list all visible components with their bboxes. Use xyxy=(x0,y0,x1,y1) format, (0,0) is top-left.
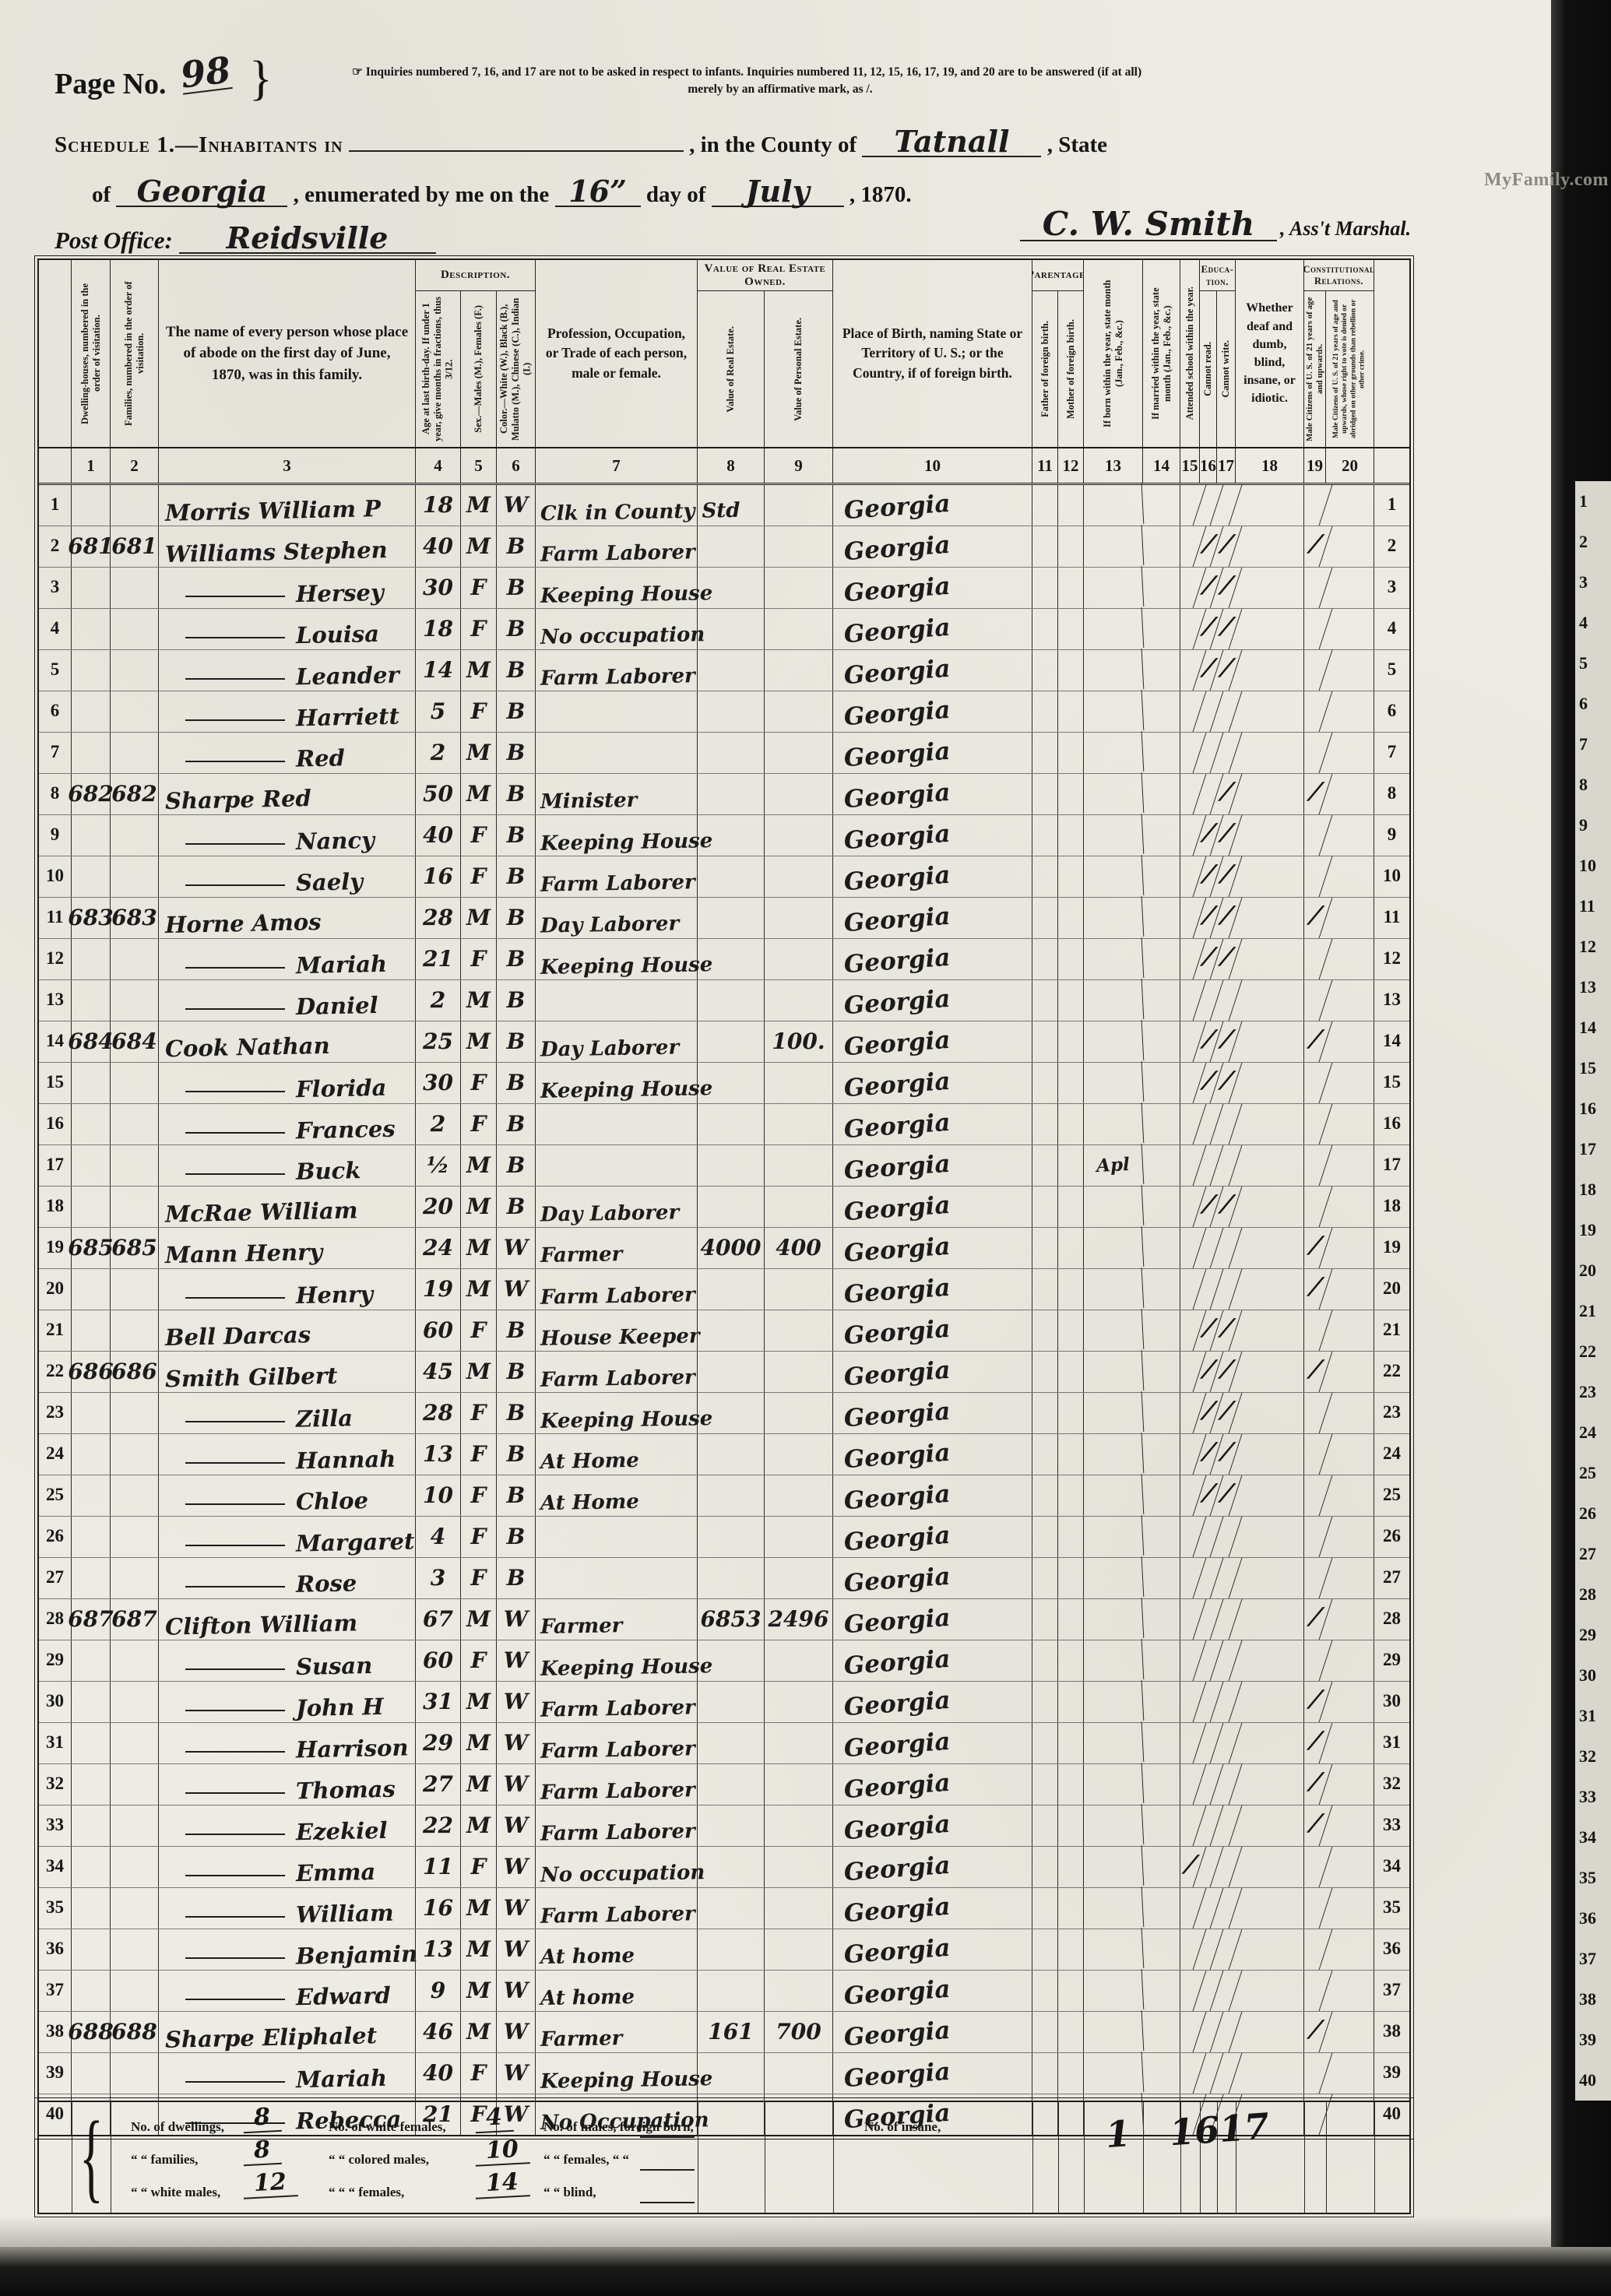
table-row: 15 Florida 30 F B Keeping House Georgia … xyxy=(39,1063,1409,1104)
line-number-left: 6 xyxy=(39,691,72,732)
cell-age: 11 xyxy=(416,1847,461,1887)
line-number-left: 20 xyxy=(39,1269,72,1310)
cell-name: William xyxy=(159,1888,416,1929)
col16-header: Cannot read. xyxy=(1202,342,1214,396)
table-row: 19 685 685 Mann Henry 24 M W Farmer 4000… xyxy=(39,1228,1409,1269)
females-foreign-label: “ “ females, “ “ xyxy=(543,2152,629,2168)
cell-deaf-dumb xyxy=(1236,609,1304,649)
cell-occupation: Keeping House xyxy=(536,1063,698,1103)
line-number-right: 4 xyxy=(1374,609,1409,649)
line-number-right: 8 xyxy=(1374,774,1409,814)
cell-name: Hersey xyxy=(159,568,416,608)
adjacent-page-line-number: 8 xyxy=(1575,765,1611,805)
cell-occupation: No occupation xyxy=(536,1847,698,1887)
line-number-right: 16 xyxy=(1374,1104,1409,1144)
cell-birthplace: Georgia xyxy=(833,1063,1032,1103)
cell-occupation: Clk in County Std xyxy=(536,485,698,526)
cell-occupation: Keeping House xyxy=(536,815,698,856)
cell-birthplace: Georgia xyxy=(833,1021,1032,1062)
cell-real-estate-value xyxy=(698,2053,765,2094)
cell-birthplace: Georgia xyxy=(833,1104,1032,1144)
cell-vote-denied xyxy=(1326,1063,1374,1103)
cell-color: W xyxy=(497,1847,536,1887)
cell-father-foreign xyxy=(1032,485,1058,526)
cell-vote-denied xyxy=(1326,1187,1374,1227)
cell-birthplace: Georgia xyxy=(833,1971,1032,2011)
cell-real-estate-value xyxy=(698,1847,765,1887)
cell-month-born xyxy=(1083,814,1145,857)
cell-dwelling-number: 688 xyxy=(72,2012,111,2052)
cell-mother-foreign xyxy=(1058,650,1084,691)
cell-father-foreign xyxy=(1032,733,1058,773)
cell-personal-estate-value xyxy=(765,1929,833,1970)
line-number-left: 21 xyxy=(39,1310,72,1351)
cell-age: 18 xyxy=(416,485,461,526)
cell-name: Susan xyxy=(159,1640,416,1681)
cell-color: B xyxy=(497,1352,536,1392)
cell-occupation: Farmer xyxy=(536,1228,698,1268)
cell-occupation xyxy=(536,691,698,732)
adjacent-page-line-number: 16 xyxy=(1575,1088,1611,1129)
cell-name: Rose xyxy=(159,1558,416,1598)
table-row: 23 Zilla 28 F B Keeping House Georgia / … xyxy=(39,1393,1409,1434)
cell-name: Emma xyxy=(159,1847,416,1887)
cell-mother-foreign xyxy=(1058,1517,1084,1557)
cell-dwelling-number xyxy=(72,568,111,608)
col11-header: Father of foreign birth. xyxy=(1039,321,1051,417)
cell-sex: F xyxy=(461,939,497,979)
col19-header: Male Citizens of U. S. of 21 years of ag… xyxy=(1305,293,1325,445)
cell-family-number xyxy=(111,1723,159,1763)
cell-occupation: Farm Laborer xyxy=(536,526,698,567)
cell-father-foreign xyxy=(1032,774,1058,814)
cell-real-estate-value xyxy=(698,691,765,732)
ditto-dash xyxy=(185,967,285,969)
cell-age: 28 xyxy=(416,1393,461,1433)
cell-age: 30 xyxy=(416,1063,461,1103)
line-number-right: 38 xyxy=(1374,2012,1409,2052)
cell-occupation: Farm Laborer xyxy=(536,1723,698,1763)
adjacent-page-line-number: 5 xyxy=(1575,643,1611,684)
cell-age: 2 xyxy=(416,980,461,1021)
table-row: 25 Chloe 10 F B At Home Georgia / / 25 xyxy=(39,1475,1409,1517)
line-number-right: 24 xyxy=(1374,1434,1409,1475)
cell-vote-denied xyxy=(1326,774,1374,814)
cell-birthplace: Georgia xyxy=(833,2053,1032,2094)
table-row: 8 682 682 Sharpe Red 50 M B Minister Geo… xyxy=(39,774,1409,815)
cell-sex: F xyxy=(461,856,497,897)
cell-personal-estate-value xyxy=(765,1310,833,1351)
adjacent-page-line-number: 10 xyxy=(1575,846,1611,886)
cell-age: 13 xyxy=(416,1929,461,1970)
cell-age: 24 xyxy=(416,1228,461,1268)
cell-family-number xyxy=(111,1558,159,1598)
cell-age: 5 xyxy=(416,691,461,732)
cell-vote-denied xyxy=(1326,1310,1374,1351)
cell-deaf-dumb xyxy=(1236,1021,1304,1062)
line-number-right: 6 xyxy=(1374,691,1409,732)
cell-name: Horne Amos xyxy=(159,898,416,938)
cell-dwelling-number xyxy=(72,1145,111,1186)
cell-color: B xyxy=(497,1021,536,1062)
cell-vote-denied xyxy=(1326,1888,1374,1929)
cell-father-foreign xyxy=(1032,1888,1058,1929)
cell-occupation: At home xyxy=(536,1929,698,1970)
cell-month-born xyxy=(1083,2010,1145,2054)
cell-mother-foreign xyxy=(1058,485,1084,526)
cell-deaf-dumb xyxy=(1236,1393,1304,1433)
cell-family-number xyxy=(111,1393,159,1433)
cell-personal-estate-value xyxy=(765,1558,833,1598)
myfamily-watermark: MyFamily.com xyxy=(1484,170,1609,191)
cell-month-born xyxy=(1083,690,1145,733)
cell-father-foreign xyxy=(1032,1682,1058,1722)
cell-mother-foreign xyxy=(1058,609,1084,649)
cell-color: B xyxy=(497,568,536,608)
ditto-dash xyxy=(185,1668,285,1670)
cell-personal-estate-value: 2496 xyxy=(765,1599,833,1640)
cell-occupation: Farm Laborer xyxy=(536,1682,698,1722)
cell-occupation xyxy=(536,1558,698,1598)
cell-deaf-dumb xyxy=(1236,1228,1304,1268)
cell-birthplace: Georgia xyxy=(833,1806,1032,1846)
cell-color: B xyxy=(497,774,536,814)
cell-sex: F xyxy=(461,2053,497,2094)
cell-family-number xyxy=(111,1063,159,1103)
line-number-left: 24 xyxy=(39,1434,72,1475)
cell-sex: F xyxy=(461,691,497,732)
cell-father-foreign xyxy=(1032,1393,1058,1433)
cell-month-born xyxy=(1083,525,1145,568)
cell-birthplace: Georgia xyxy=(833,980,1032,1021)
cell-age: 2 xyxy=(416,733,461,773)
col12-header: Mother of foreign birth. xyxy=(1065,319,1077,419)
cell-age: 25 xyxy=(416,1021,461,1062)
cell-deaf-dumb xyxy=(1236,691,1304,732)
cell-age: 10 xyxy=(416,1475,461,1516)
cell-age: 60 xyxy=(416,1640,461,1681)
cell-mother-foreign xyxy=(1058,2053,1084,2094)
cell-vote-denied xyxy=(1326,2053,1374,2094)
cell-personal-estate-value xyxy=(765,1764,833,1805)
adjacent-page-line-number: 32 xyxy=(1575,1736,1611,1777)
line-number-left: 9 xyxy=(39,815,72,856)
cell-birthplace: Georgia xyxy=(833,1723,1032,1763)
ditto-dash xyxy=(185,1957,285,1959)
cell-month-born xyxy=(1083,731,1145,775)
cell-father-foreign xyxy=(1032,1434,1058,1475)
cell-color: B xyxy=(497,1434,536,1475)
cell-name: Mariah xyxy=(159,939,416,979)
col4-header: Age at last birth-day. If under 1 year, … xyxy=(420,293,455,445)
adjacent-page-line-number: 21 xyxy=(1575,1291,1611,1331)
cell-family-number xyxy=(111,609,159,649)
cell-color: B xyxy=(497,691,536,732)
cell-color: B xyxy=(497,1393,536,1433)
cell-real-estate-value xyxy=(698,1888,765,1929)
cell-vote-denied xyxy=(1326,1764,1374,1805)
cell-dwelling-number xyxy=(72,1971,111,2011)
adjacent-page-line-number: 9 xyxy=(1575,805,1611,846)
cell-name: Margaret xyxy=(159,1517,416,1557)
colored-females-value: 14 xyxy=(474,2168,530,2199)
cell-real-estate-value xyxy=(698,1640,765,1681)
cell-age: 2 xyxy=(416,1104,461,1144)
cell-age: 16 xyxy=(416,1888,461,1929)
cell-father-foreign xyxy=(1032,1063,1058,1103)
line-number-left: 30 xyxy=(39,1682,72,1722)
table-row: 24 Hannah 13 F B At Home Georgia / / 24 xyxy=(39,1434,1409,1475)
cell-deaf-dumb xyxy=(1236,650,1304,691)
adjacent-page-line-number: 20 xyxy=(1575,1250,1611,1291)
cell-deaf-dumb xyxy=(1236,1888,1304,1929)
cell-month-born xyxy=(1083,1350,1145,1394)
ditto-dash xyxy=(185,1751,285,1753)
adjacent-page-line-number: 31 xyxy=(1575,1696,1611,1736)
cell-sex: M xyxy=(461,1145,497,1186)
cell-sex: F xyxy=(461,815,497,856)
adjacent-page-line-number: 37 xyxy=(1575,1939,1611,1979)
cell-family-number xyxy=(111,1310,159,1351)
cell-month-born xyxy=(1083,937,1145,981)
col-line-left-header xyxy=(39,260,72,447)
cell-father-foreign xyxy=(1032,650,1058,691)
cell-father-foreign xyxy=(1032,1269,1058,1310)
ditto-dash xyxy=(185,1875,285,1876)
col18-header: Whether deaf and dumb, blind, insane, or… xyxy=(1236,296,1303,410)
line-number-right: 23 xyxy=(1374,1393,1409,1433)
adjacent-page-line-number: 30 xyxy=(1575,1655,1611,1696)
table-row: 37 Edward 9 M W At home Georgia 37 xyxy=(39,1971,1409,2012)
cell-month-born xyxy=(1083,1763,1145,1806)
cell-deaf-dumb xyxy=(1236,1682,1304,1722)
table-row: 14 684 684 Cook Nathan 25 M B Day Labore… xyxy=(39,1021,1409,1063)
cell-family-number: 681 xyxy=(111,526,159,567)
line-number-right: 37 xyxy=(1374,1971,1409,2011)
cell-personal-estate-value xyxy=(765,691,833,732)
adjacent-page-line-number: 3 xyxy=(1575,562,1611,603)
cell-real-estate-value xyxy=(698,1764,765,1805)
cell-month-born xyxy=(1083,1680,1145,1724)
cell-occupation: Minister xyxy=(536,774,698,814)
cell-dwelling-number xyxy=(72,1764,111,1805)
cell-birthplace: Georgia xyxy=(833,1187,1032,1227)
cell-family-number xyxy=(111,1682,159,1722)
cell-real-estate-value xyxy=(698,1145,765,1186)
cell-deaf-dumb xyxy=(1236,1517,1304,1557)
cell-sex: M xyxy=(461,1682,497,1722)
line-number-right: 12 xyxy=(1374,939,1409,979)
cell-month-born: Apl xyxy=(1083,1144,1145,1187)
blind-label: “ “ blind, xyxy=(543,2185,596,2200)
line-number-right: 20 xyxy=(1374,1269,1409,1310)
census-rows: 1 Morris William P 18 M W Clk in County … xyxy=(39,485,1409,2135)
cell-personal-estate-value xyxy=(765,1269,833,1310)
line-number-left: 19 xyxy=(39,1228,72,1268)
ditto-dash xyxy=(185,1545,285,1546)
line-number-right: 36 xyxy=(1374,1929,1409,1970)
cell-sex: F xyxy=(461,1558,497,1598)
cell-dwelling-number xyxy=(72,1104,111,1144)
colnum-10: 10 xyxy=(833,448,1032,483)
ditto-dash xyxy=(185,678,285,680)
cell-real-estate-value xyxy=(698,815,765,856)
cell-age: 40 xyxy=(416,2053,461,2094)
table-row: 39 Mariah 40 F W Keeping House Georgia 3… xyxy=(39,2053,1409,2094)
cell-family-number xyxy=(111,1847,159,1887)
cell-mother-foreign xyxy=(1058,1599,1084,1640)
cell-dwelling-number xyxy=(72,1063,111,1103)
cell-dwelling-number: 682 xyxy=(72,774,111,814)
cell-real-estate-value xyxy=(698,1806,765,1846)
cell-birthplace: Georgia xyxy=(833,609,1032,649)
cell-birthplace: Georgia xyxy=(833,1228,1032,1268)
table-row: 35 William 16 M W Farm Laborer Georgia 3… xyxy=(39,1888,1409,1929)
cell-father-foreign xyxy=(1032,980,1058,1021)
line-number-right: 18 xyxy=(1374,1187,1409,1227)
cell-vote-denied xyxy=(1326,1104,1374,1144)
cell-occupation: Farm Laborer xyxy=(536,1764,698,1805)
ditto-dash xyxy=(185,1503,285,1505)
page-no-label: Page No. xyxy=(55,67,167,101)
cell-real-estate-value xyxy=(698,1063,765,1103)
cell-real-estate-value xyxy=(698,1475,765,1516)
cell-vote-denied xyxy=(1326,485,1374,526)
cell-name: Williams Stephen xyxy=(159,526,416,567)
ditto-dash xyxy=(185,1462,285,1464)
cell-dwelling-number xyxy=(72,1393,111,1433)
white-females-label: No. of white females, xyxy=(329,2119,446,2135)
line-number-left: 39 xyxy=(39,2053,72,2094)
cell-birthplace: Georgia xyxy=(833,485,1032,526)
cell-real-estate-value xyxy=(698,1971,765,2011)
cell-family-number xyxy=(111,2053,159,2094)
table-row: 33 Ezekiel 22 M W Farm Laborer Georgia /… xyxy=(39,1806,1409,1847)
adjacent-page-line-number: 25 xyxy=(1575,1453,1611,1493)
cell-dwelling-number xyxy=(72,1682,111,1722)
col1-header: Dwelling-houses, numbered in the order o… xyxy=(79,277,103,430)
females-foreign-blank xyxy=(640,2157,695,2171)
cell-father-foreign xyxy=(1032,1228,1058,1268)
cell-occupation: Keeping House xyxy=(536,1640,698,1681)
footer-tally-b: 1617 xyxy=(1168,2105,1270,2154)
cell-name: Chloe xyxy=(159,1475,416,1516)
adjacent-page-line-number: 34 xyxy=(1575,1817,1611,1858)
line-number-right: 14 xyxy=(1374,1021,1409,1062)
cell-personal-estate-value xyxy=(765,1971,833,2011)
cell-color: B xyxy=(497,1063,536,1103)
cell-age: 60 xyxy=(416,1310,461,1351)
cell-dwelling-number: 687 xyxy=(72,1599,111,1640)
cell-dwelling-number xyxy=(72,939,111,979)
adjacent-page-line-number: 12 xyxy=(1575,926,1611,967)
adjacent-page-line-number: 26 xyxy=(1575,1493,1611,1534)
cell-age: 4 xyxy=(416,1517,461,1557)
line-number-right: 1 xyxy=(1374,485,1409,526)
cell-color: W xyxy=(497,1723,536,1763)
cell-dwelling-number xyxy=(72,1475,111,1516)
table-row: 4 Louisa 18 F B No occupation Georgia / … xyxy=(39,609,1409,650)
cell-personal-estate-value xyxy=(765,939,833,979)
ditto-dash xyxy=(185,1173,285,1175)
cell-dwelling-number xyxy=(72,1434,111,1475)
cell-month-born xyxy=(1083,1886,1145,1930)
cell-birthplace: Georgia xyxy=(833,1558,1032,1598)
cell-vote-denied xyxy=(1326,1517,1374,1557)
cell-real-estate-value xyxy=(698,856,765,897)
cell-father-foreign xyxy=(1032,1310,1058,1351)
colnum-15: 15 xyxy=(1180,448,1200,483)
cell-father-foreign xyxy=(1032,568,1058,608)
cell-age: 50 xyxy=(416,774,461,814)
cell-family-number xyxy=(111,1145,159,1186)
cell-deaf-dumb xyxy=(1236,2053,1304,2094)
cell-personal-estate-value xyxy=(765,1063,833,1103)
cell-family-number xyxy=(111,1187,159,1227)
cell-birthplace: Georgia xyxy=(833,1393,1032,1433)
line-number-left: 15 xyxy=(39,1063,72,1103)
cell-personal-estate-value xyxy=(765,1640,833,1681)
cell-month-born xyxy=(1083,1515,1145,1559)
ditto-dash xyxy=(185,1792,285,1794)
cell-father-foreign xyxy=(1032,609,1058,649)
cell-vote-denied xyxy=(1326,1806,1374,1846)
col5-header: Sex.—Males (M.), Females (F.) xyxy=(473,305,484,433)
cell-family-number: 688 xyxy=(111,2012,159,2052)
colnum-16: 16 xyxy=(1200,448,1217,483)
cell-birthplace: Georgia xyxy=(833,1847,1032,1887)
cell-birthplace: Georgia xyxy=(833,1145,1032,1186)
line-number-left: 26 xyxy=(39,1517,72,1557)
cell-personal-estate-value xyxy=(765,650,833,691)
table-row: 31 Harrison 29 M W Farm Laborer Georgia … xyxy=(39,1723,1409,1764)
col2-header: Families, numbered in the order of visit… xyxy=(123,277,146,430)
ditto-dash xyxy=(185,1421,285,1422)
cell-vote-denied xyxy=(1326,939,1374,979)
infant-note: ☞ Inquiries numbered 7, 16, and 17 are n… xyxy=(352,64,1208,97)
cell-deaf-dumb xyxy=(1236,1640,1304,1681)
cell-birthplace: Georgia xyxy=(833,1475,1032,1516)
cell-color: B xyxy=(497,898,536,938)
cell-birthplace: Georgia xyxy=(833,733,1032,773)
cell-father-foreign xyxy=(1032,939,1058,979)
cell-age: 31 xyxy=(416,1682,461,1722)
cell-month-born xyxy=(1083,979,1145,1022)
cell-age: 21 xyxy=(416,939,461,979)
colnum-2: 2 xyxy=(111,448,159,483)
table-row: 27 Rose 3 F B Georgia 27 xyxy=(39,1558,1409,1599)
cell-father-foreign xyxy=(1032,1558,1058,1598)
marshal-signature: C. W. Smith , Ass't Marshal. xyxy=(1020,209,1411,241)
cell-family-number xyxy=(111,1517,159,1557)
line-number-left: 37 xyxy=(39,1971,72,2011)
line-number-right: 35 xyxy=(1374,1888,1409,1929)
cell-month-born xyxy=(1083,772,1145,816)
cell-month-born xyxy=(1083,1474,1145,1517)
adjacent-page-line-number: 11 xyxy=(1575,886,1611,926)
line-number-right: 15 xyxy=(1374,1063,1409,1103)
group-education: Educa-tion. xyxy=(1200,260,1236,291)
ditto-dash xyxy=(185,761,285,762)
cell-color: W xyxy=(497,2053,536,2094)
cell-real-estate-value xyxy=(698,1021,765,1062)
cell-age: 13 xyxy=(416,1434,461,1475)
cell-occupation: Day Laborer xyxy=(536,898,698,938)
cell-mother-foreign xyxy=(1058,568,1084,608)
cell-mother-foreign xyxy=(1058,1558,1084,1598)
colnum-12: 12 xyxy=(1058,448,1084,483)
cell-birthplace: Georgia xyxy=(833,1434,1032,1475)
